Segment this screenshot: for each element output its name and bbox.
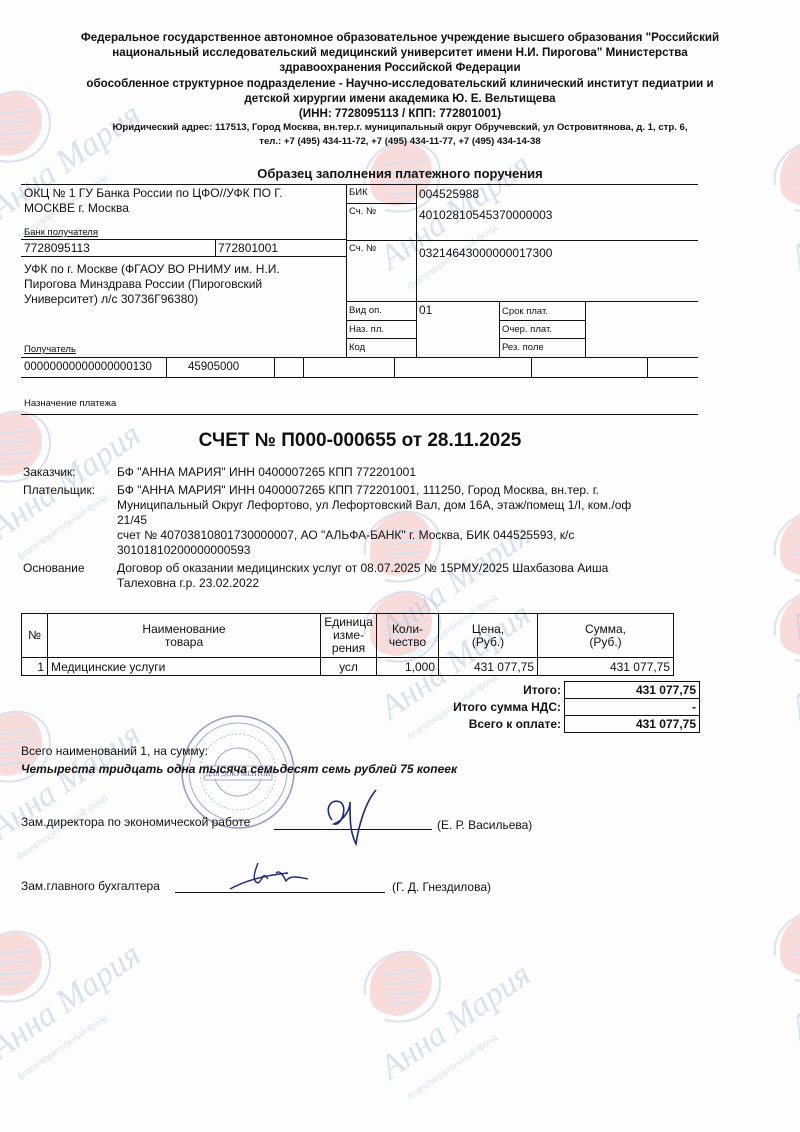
deputy-accountant-signature <box>228 855 318 900</box>
svg-text:Анна Мария: Анна Мария <box>782 596 800 728</box>
bank-label: Банк получателя <box>24 227 98 239</box>
ocher-label: Очер. плат. <box>502 324 552 336</box>
total-label: Итого: <box>380 682 565 699</box>
watermark-logo: Анна Марияблаготворительный фонд <box>740 880 800 1080</box>
vat-label: Итого сумма НДС: <box>380 699 565 716</box>
table-row: 1 Медицинские услуги усл 1,000 431 077,7… <box>22 658 674 676</box>
items-table: № Наименование товара Единица изме- рени… <box>21 613 674 676</box>
deputy-director-signature <box>320 780 380 865</box>
payment-order-title: Образец заполнения платежного поручения <box>0 166 800 181</box>
bik-label: БИК <box>349 187 368 199</box>
srok-label: Срок плат. <box>502 306 548 318</box>
watermark-logo: Анна Марияблаготворительный фонд <box>740 480 800 680</box>
header-unit: Единица изме- рения <box>321 614 377 658</box>
header-sum: Сумма, (Руб.) <box>538 614 674 658</box>
invoice-title: СЧЕТ № П000-000655 от 28.11.2025 <box>0 430 720 452</box>
total-value: 431 077,75 <box>565 682 700 699</box>
recipient-name-cont: Университет) л/с 30736Г96380) <box>24 292 198 307</box>
basis-label: Основание <box>23 561 85 576</box>
svg-text:Анна Мария: Анна Мария <box>0 936 140 1068</box>
basis-value: Договор об оказании медицинских услуг от… <box>117 561 608 591</box>
organization-header: Федеральное государственное автономное о… <box>0 30 800 149</box>
watermark-logo: Анна Марияблаготворительный фонд <box>740 560 800 760</box>
amount-in-words: Четыреста тридцать одна тысяча семьдесят… <box>21 762 457 777</box>
watermark-logo: Анна Марияблаготворительный фонд <box>0 680 140 880</box>
naz-pl-label: Наз. пл. <box>349 324 384 336</box>
rez-label: Рез. поле <box>502 342 544 354</box>
header-qty: Коли- чество <box>377 614 439 658</box>
payer-label: Плательщик: <box>23 483 95 498</box>
recipient-kpp: 772801001 <box>218 241 278 256</box>
vid-op-value: 01 <box>419 303 432 318</box>
watermark-logo: Анна Марияблаготворительный фонд <box>0 900 140 1100</box>
header-price: Цена, (Руб.) <box>439 614 538 658</box>
bik-value: 004525988 <box>419 187 479 202</box>
recipient-name-cont: Пирогова Минздрава России (Пироговский <box>24 277 262 292</box>
bank-name-cont: МОСКВЕ г. Москва <box>24 201 129 216</box>
account1-label: Сч. № <box>349 206 376 218</box>
account1-value: 40102810545370000003 <box>419 208 552 223</box>
header-line: детской хирургии имени академика Ю. Е. В… <box>0 91 800 106</box>
svg-text:Анна Мария: Анна Мария <box>782 916 800 1048</box>
deputy-accountant-label: Зам.главного бухгалтера <box>21 879 160 893</box>
account2-label: Сч. № <box>349 243 376 255</box>
customer-label: Заказчик: <box>23 465 76 480</box>
kbk-value: 00000000000000000130 <box>24 360 152 375</box>
recipient-name: УФК по г. Москве (ФГАОУ ВО РНИМУ им. Н.И… <box>24 262 280 277</box>
due-label: Всего к оплате: <box>380 716 565 733</box>
vat-value: - <box>565 699 700 716</box>
phones: тел.: +7 (495) 434-11-72, +7 (495) 434-1… <box>0 135 800 149</box>
header-name: Наименование товара <box>48 614 321 658</box>
svg-text:благотворительный фонд: благотворительный фонд <box>15 1012 109 1082</box>
header-line: национальный исследовательский медицинск… <box>0 45 800 60</box>
header-line: обособленное структурное подразделение -… <box>0 76 800 91</box>
deputy-director-label: Зам.директора по экономической работе <box>21 815 250 829</box>
recipient-inn: 7728095113 <box>24 241 90 256</box>
svg-text:Анна Мария: Анна Мария <box>782 516 800 648</box>
oktmo-value: 45905000 <box>188 360 239 375</box>
due-value: 431 077,75 <box>565 716 700 733</box>
svg-text:благотворительный фонд: благотворительный фонд <box>15 492 109 562</box>
account2-value: 03214643000000017300 <box>419 246 552 261</box>
payer-value: БФ "АННА МАРИЯ" ИНН 0400007265 КПП 77220… <box>117 483 631 558</box>
deputy-accountant-name: (Г. Д. Гнездилова) <box>392 880 491 894</box>
totals-table: Итого: 431 077,75 Итого сумма НДС: - Все… <box>380 681 700 733</box>
watermark-logo: Анна Марияблаготворительный фонд <box>330 920 530 1120</box>
header-line: здравоохранения Российской Федерации <box>0 60 800 75</box>
kod-label: Код <box>349 342 365 354</box>
svg-text:благотворительный фонд: благотворительный фонд <box>405 1032 499 1102</box>
recipient-label: Получатель <box>24 344 76 356</box>
legal-address: Юридический адрес: 117513, Город Москва,… <box>0 121 800 135</box>
customer-value: БФ "АННА МАРИЯ" ИНН 0400007265 КПП 77220… <box>117 465 416 480</box>
header-line: Федеральное государственное автономное о… <box>0 30 800 45</box>
header-inn-kpp: (ИНН: 7728095113 / КПП: 772801001) <box>0 106 800 121</box>
header-num: № <box>22 614 48 658</box>
bank-name: ОКЦ № 1 ГУ Банка России по ЦФО//УФК ПО Г… <box>24 186 283 201</box>
vid-op-label: Вид оп. <box>349 305 382 317</box>
deputy-director-name: (Е. Р. Васильева) <box>437 818 532 832</box>
svg-text:Анна Мария: Анна Мария <box>372 956 530 1088</box>
items-count-line: Всего наименований 1, на сумму: <box>21 744 208 759</box>
purpose-label: Назначение платежа <box>24 398 116 410</box>
